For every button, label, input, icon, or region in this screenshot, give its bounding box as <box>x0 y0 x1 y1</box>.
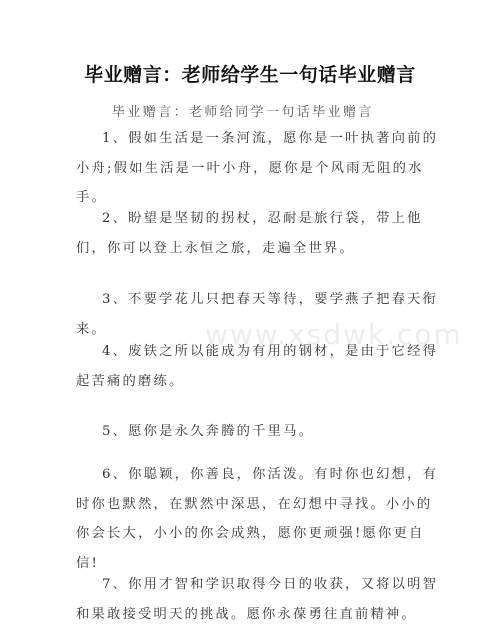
paragraph-4: 4、废铁之所以能成为有用的钢材，是由于它经得起苦痛的磨练。 <box>76 337 446 396</box>
paragraph-3: 3、不要学花儿只把春天等待，要学燕子把春天衔来。 <box>76 285 446 344</box>
paragraph-5: 5、愿你是永久奔腾的千里马。 <box>76 417 446 447</box>
paragraph-7: 7、你用才智和学识取得今日的收获，又将以明智和果敢接受明天的挑战。愿你永葆勇往直… <box>76 570 446 629</box>
document-title: 毕业赠言：老师给学生一句话毕业赠言 <box>0 62 500 88</box>
paragraph-6: 6、你聪颖，你善良，你活泼。有时你也幻想，有时你也默然，在默然中深思，在幻想中寻… <box>76 460 446 578</box>
paragraph-1: 1、假如生活是一条河流，愿你是一叶执著向前的小舟;假如生活是一叶小舟，愿你是个风… <box>76 124 446 213</box>
document-subtitle: 毕业赠言：老师给同学一句话毕业赠言 <box>112 104 374 122</box>
paragraph-2: 2、盼望是坚韧的拐杖，忍耐是旅行袋，带上他们，你可以登上永恒之旅，走遍全世界。 <box>76 204 446 263</box>
